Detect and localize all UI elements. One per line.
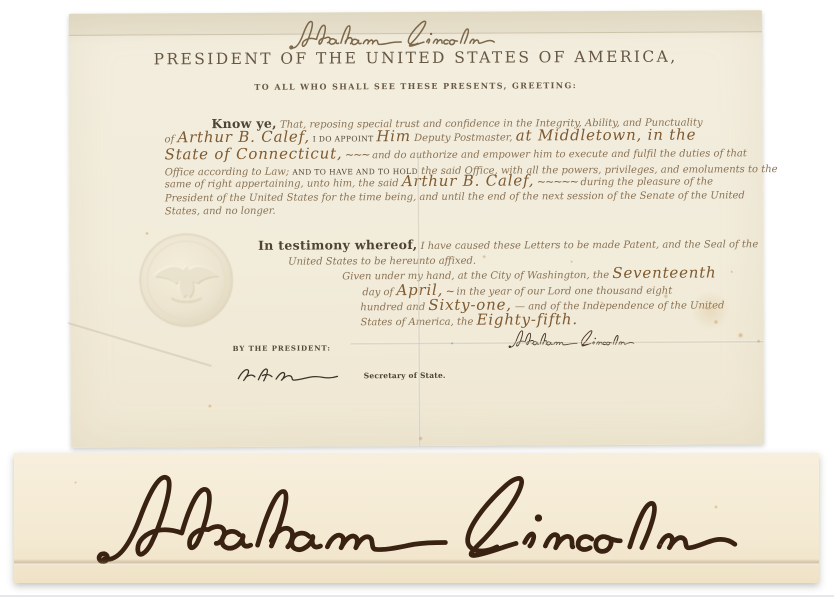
text-segment-hand: at Middletown, in the (516, 126, 697, 145)
secretary-of-state-label: Secretary of State. (364, 371, 446, 380)
foxing-spot (659, 543, 662, 546)
ink-speck (451, 342, 454, 345)
stain (690, 290, 730, 330)
text-segment-print: Deputy Postmaster, (411, 132, 516, 144)
foxing-spot (714, 505, 718, 509)
foxing-spot (570, 260, 573, 263)
foxing-spot (600, 301, 603, 304)
text-segment-print: States, and no longer. (165, 206, 276, 218)
text-segment-caps: I DO APPOINT (310, 134, 376, 143)
page: { "colors": { "paper": "#f2ecdb", "strip… (0, 0, 834, 599)
text-segment-hand: Seventeenth (612, 263, 716, 282)
foxing-spot (482, 255, 486, 259)
lincoln-signature-document (507, 325, 639, 354)
by-the-president-label: BY THE PRESIDENT: (233, 343, 331, 353)
foxing-spot (663, 294, 668, 299)
text-segment-hand: Him (376, 127, 411, 145)
foxing-spot (418, 436, 423, 441)
signature-closeup-strip (14, 453, 819, 583)
foxing-spot (208, 404, 212, 408)
appointment-document-photo: PRESIDENT OF THE UNITED STATES OF AMERIC… (69, 10, 764, 448)
text-segment-flour: ~~~ (342, 148, 372, 161)
foxing-spot (757, 339, 761, 343)
scan-edge-line (0, 595, 834, 597)
great-seal-embossed-icon (138, 232, 235, 329)
text-segment-hand: State of Connecticut, (165, 144, 343, 163)
text-segment-hand: Arthur B. Calef, (177, 128, 310, 147)
president-of-us-line: PRESIDENT OF THE UNITED STATES OF AMERIC… (69, 47, 762, 69)
body-line-7: States, and no longer. (165, 201, 276, 220)
foxing-spot (145, 231, 149, 235)
diagonal-crease (67, 322, 211, 367)
foxing-spot (738, 332, 744, 338)
foxing-spot (74, 481, 77, 484)
seward-signature (235, 361, 353, 386)
foxing-spot (730, 270, 733, 273)
text-segment-print: of (165, 134, 178, 145)
greeting-line: TO ALL WHO SHALL SEE THESE PRESENTS, GRE… (69, 79, 762, 93)
strip-paper-crease (14, 559, 819, 565)
